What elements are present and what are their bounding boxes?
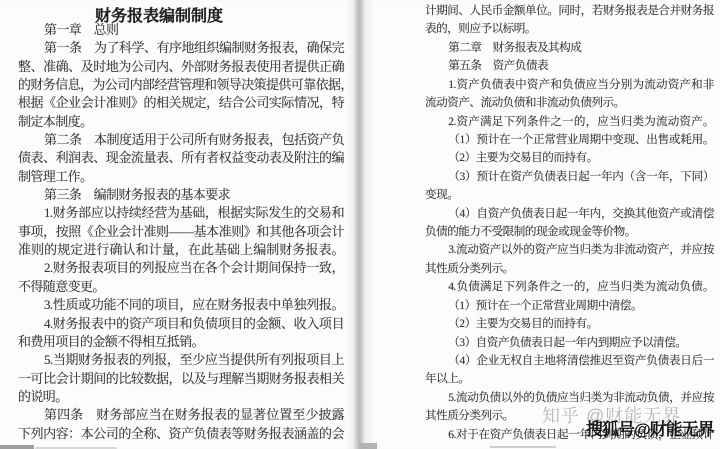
scan-artifact — [490, 446, 556, 448]
text-line: （1）预计在一个正常营业周期中变现、出售或耗用。 — [425, 131, 714, 149]
text-line: （4）自资产负债表日起一年内，交换其他资产或清偿 — [425, 205, 714, 223]
text-line: 事项，按照《企业会计准则——基本准则》和其他各项会计 — [18, 223, 344, 241]
text-line: 表的，则应予以标明。 — [425, 20, 714, 38]
text-line: 第四条 财务部应当在财务报表的显著位置至少披露 — [18, 406, 344, 424]
text-line: （3）自资产负债表日起一年内到期应予以清偿。 — [425, 334, 714, 352]
text-line: （2）主要为交易目的而持有。 — [425, 149, 714, 167]
text-line: 第五条 资产负债表 — [425, 57, 714, 75]
scan-artifact — [359, 443, 377, 449]
text-line: 3.流动资产以外的资产应当归类为非流动资产，并应按 — [425, 241, 714, 259]
text-line: （4）企业无权自主地将清偿推迟至资产负债表日后一 — [425, 352, 714, 370]
text-line: 整、准确、及时地为公司内、外部财务报表使用者提供正确 — [18, 58, 344, 76]
text-line: 根据《企业会计准则》的相关规定，结合公司实际情况，特 — [18, 94, 344, 112]
text-line: 债表、利润表、现金流量表、所有者权益变动表及附注的编 — [18, 149, 344, 167]
text-line: 制管理工作。 — [18, 168, 344, 186]
text-line: 第一条 为了科学、有序地组织编制财务报表，确保完 — [18, 39, 344, 57]
text-line: 下列内容：本公司的全称、资产负债表等财务报表涵盖的会 — [18, 425, 344, 443]
text-line: 变现。 — [425, 186, 714, 204]
page-right-text: 计期间、人民币金额单位。同时，若财务报表是合并财务报表的，则应予以标明。第二章 … — [425, 2, 714, 444]
text-line: 4.负债满足下列条件之一的，应当归类为流动负债。 — [425, 278, 714, 296]
text-line: 4.财务报表中的资产项目和负债项目的金额、收入项目 — [18, 315, 344, 333]
text-line: 年以上。 — [425, 370, 714, 388]
text-line: 1.财务部应以持续经营为基础，根据实际发生的交易和 — [18, 204, 344, 222]
text-line: 5.流动负债以外的负债应当归类为非流动负债，并应按 — [425, 389, 714, 407]
page-divider — [353, 0, 366, 449]
text-line: （1）预计在一个正常营业周期中清偿。 — [425, 297, 714, 315]
text-line: 3.性质或功能不同的项目，应在财务报表中单独列报。 — [18, 296, 344, 314]
text-line: 第二章 财务报表及其构成 — [425, 39, 714, 57]
text-line: 一可比会计期间的比较数据，以及与理解当期财务报表相关 — [18, 370, 344, 388]
text-line: 制定本制度。 — [18, 113, 344, 131]
text-line: 流动资产、流动负债和非流动负债列示。 — [425, 94, 714, 112]
text-line: （2）主要为交易目的而持有。 — [425, 315, 714, 333]
text-line: 第三条 编制财务报表的基本要求 — [18, 186, 344, 204]
text-line: 1.资产负债表中资产和负债应当分别为流动资产和非 — [425, 76, 714, 94]
text-line: 2.资产满足下列条件之一的，应当归类为流动资产。 — [425, 113, 714, 131]
text-line: 的说明。 — [18, 388, 344, 406]
text-line: （3）预计在资产负债表日起一年内（含一年，下同） — [425, 168, 714, 186]
text-line: 的财务信息，为公司内部经营管理和领导决策提供可靠依据， — [18, 76, 344, 94]
text-line: 和费用项目的金额不得相互抵销。 — [18, 333, 344, 351]
text-line: 第一章 总则 — [18, 21, 344, 39]
text-line: 第二条 本制度适用于公司所有财务报表，包括资产负 — [18, 131, 344, 149]
text-line: 负债的能力不受限制的现金或现金等价物。 — [425, 223, 714, 241]
text-line: 5.当期财务报表的列报，至少应当提供所有列报项目上 — [18, 351, 344, 369]
scanned-document: 财务报表编制制度 第一章 总则第一条 为了科学、有序地组织编制财务报表，确保完整… — [0, 0, 720, 449]
page-left-text: 第一章 总则第一条 为了科学、有序地组织编制财务报表，确保完整、准确、及时地为公… — [18, 21, 344, 443]
text-line: 不得随意变更。 — [18, 278, 344, 296]
text-line: 准则的规定进行确认和计量，在此基础上编制财务报表。 — [18, 241, 344, 259]
text-line: 2.财务报表项目的列报应当在各个会计期间保持一致， — [18, 259, 344, 277]
text-line: 其性质分类列示。 — [425, 260, 714, 278]
scan-artifact — [0, 445, 34, 449]
watermark-sohu: 搜狐号@财能无界 — [586, 421, 714, 440]
text-line: 计期间、人民币金额单位。同时，若财务报表是合并财务报 — [425, 2, 714, 20]
